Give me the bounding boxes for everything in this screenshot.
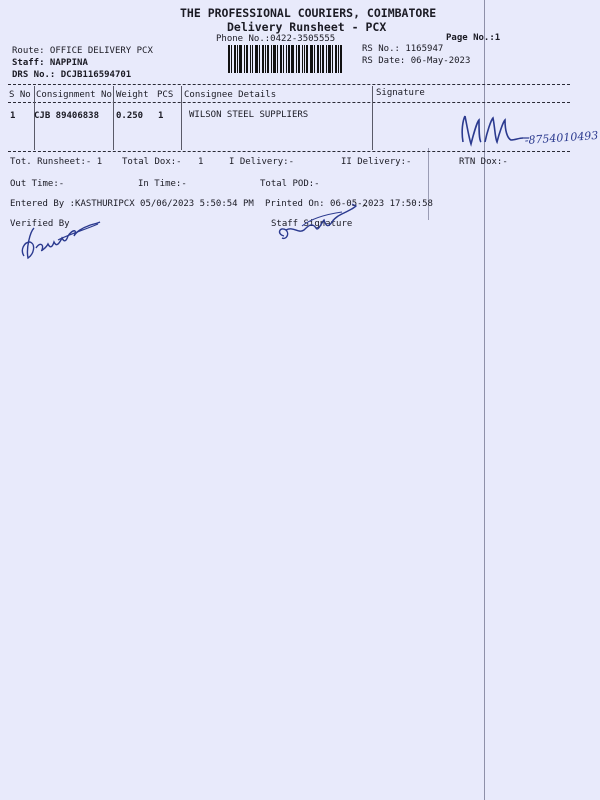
table-top-rule xyxy=(8,84,570,85)
scan-fold-line-short xyxy=(428,148,429,220)
phone-number: Phone No.:0422-3505555 xyxy=(216,34,335,44)
col-header-consignment: Consignment No xyxy=(36,90,112,100)
col-header-consignee: Consignee Details xyxy=(184,90,276,100)
cell-sno: 1 xyxy=(10,111,15,121)
cell-consignment-no: CJB 89406838 xyxy=(34,111,99,121)
route-label: Route: OFFICE DELIVERY PCX xyxy=(12,46,153,56)
total-dox-label: Total Dox:- xyxy=(122,157,182,167)
col-header-signature: Signature xyxy=(376,88,425,98)
company-title: THE PROFESSIONAL COURIERS, COIMBATORE xyxy=(180,6,436,20)
verifier-signature xyxy=(18,218,108,264)
col-divider-2 xyxy=(113,86,114,150)
receiver-signature: -8754010493 xyxy=(455,112,600,152)
cell-weight: 0.250 xyxy=(116,111,143,121)
tot-runsheet: Tot. Runsheet:- 1 xyxy=(10,157,102,167)
in-time: In Time:- xyxy=(138,179,187,189)
cell-pcs: 1 xyxy=(158,111,163,121)
rs-date: RS Date: 06-May-2023 xyxy=(362,56,470,66)
total-pod: Total POD:- xyxy=(260,179,320,189)
entered-by: Entered By :KASTHURIPCX 05/06/2023 5:50:… xyxy=(10,199,254,209)
page-number: Page No.:1 xyxy=(446,33,500,43)
rs-number: RS No.: 1165947 xyxy=(362,44,443,54)
col-divider-4 xyxy=(372,86,373,150)
caret-mark: ^ xyxy=(362,204,367,214)
table-header-rule xyxy=(8,102,570,103)
total-dox-value: 1 xyxy=(198,157,203,167)
sheet-title: Delivery Runsheet - PCX xyxy=(227,20,386,34)
cell-consignee: WILSON STEEL SUPPLIERS xyxy=(189,110,308,120)
staff-label: Staff: NAPPINA xyxy=(12,58,88,68)
rtn-dox: RTN Dox:- xyxy=(459,157,508,167)
drs-number: DRS No.: DCJB116594701 xyxy=(12,70,131,80)
staff-signature xyxy=(272,200,372,246)
ii-delivery: II Delivery:- xyxy=(341,157,411,167)
col-divider-3 xyxy=(181,86,182,150)
col-header-pcs: PCS xyxy=(157,90,173,100)
drs-barcode xyxy=(228,45,354,73)
col-header-sno: S No xyxy=(9,90,31,100)
receiver-phone-note: -8754010493 xyxy=(524,129,598,147)
i-delivery: I Delivery:- xyxy=(229,157,294,167)
col-header-weight: Weight xyxy=(116,90,149,100)
out-time: Out Time:- xyxy=(10,179,64,189)
